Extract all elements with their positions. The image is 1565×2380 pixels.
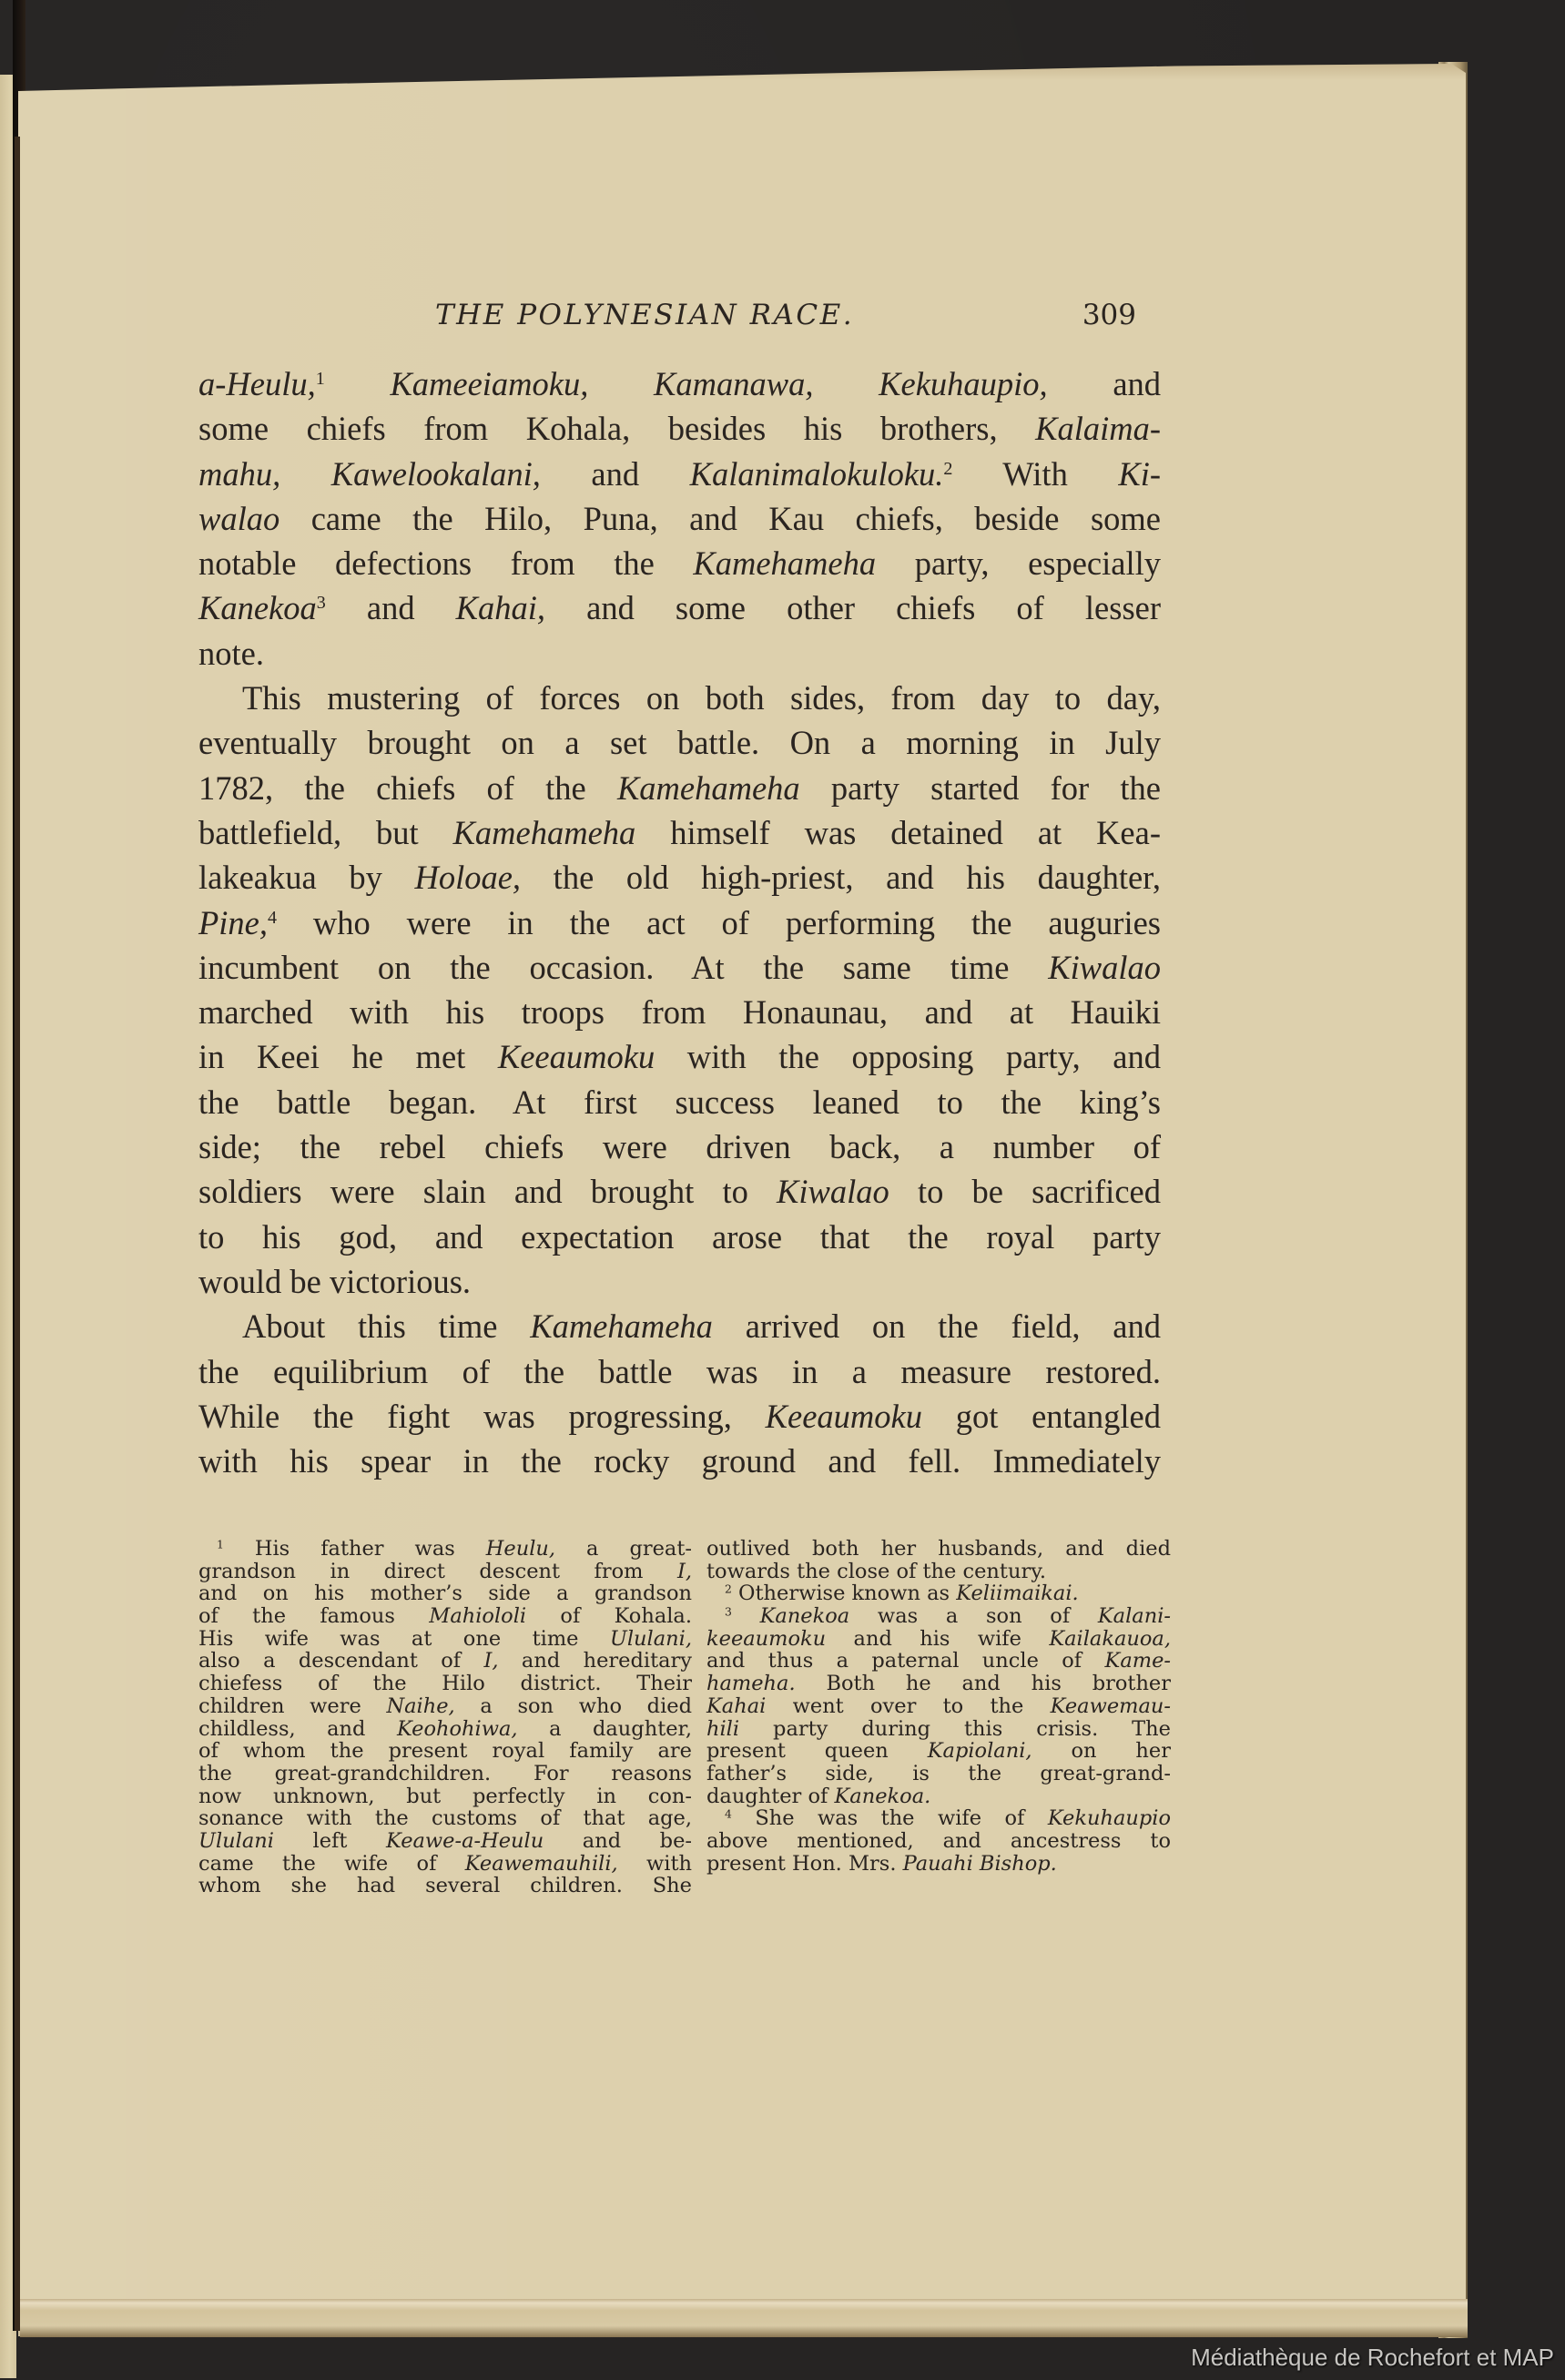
text-line: marched with his troops from Honaunau, a… [198,990,1161,1034]
page-number: 309 [1082,299,1136,331]
footnote-line: keeaumoku and his wife Kailakauoa, [706,1628,1171,1651]
page-bottom-edge [20,2299,1468,2337]
footnote-line: sonance with the customs of that age, [198,1807,692,1830]
footnote-line: 1 His father was Heulu, a great- [198,1538,692,1561]
page-header: THE POLYNESIAN RACE. 309 [435,299,1154,339]
footnote-line: the great-grandchildren. For reasons [198,1763,692,1785]
footnote-line: also a descendant of I, and hereditary [198,1650,692,1673]
text-line: notable defections from the Kamehameha p… [198,541,1161,585]
footnote-line: childless, and Keohohiwa, a daughter, [198,1718,692,1741]
text-line: in Keei he met Keeaumoku with the opposi… [198,1034,1161,1079]
text-line: to his god, and expectation arose that t… [198,1215,1161,1259]
footnote-line: above mentioned, and ancestress to [706,1830,1171,1853]
footnote-line: 2 Otherwise known as Keliimaikai. [706,1582,1171,1605]
footnote-line: children were Naihe, a son who died [198,1695,692,1718]
footnote-line: now unknown, but perfectly in con- [198,1785,692,1808]
gutter-line [15,137,20,2331]
footnote-line: hameha. Both he and his brother [706,1673,1171,1695]
text-line: lakeakua by Holoae, the old high-priest,… [198,855,1161,900]
footnote-line: came the wife of Keawemauhili, with [198,1853,692,1876]
footnote-line: His wife was at one time Ululani, [198,1628,692,1651]
text-line: Kanekoa3 and Kahai, and some other chief… [198,585,1161,630]
footnote-line: of the famous Mahiololi of Kohala. [198,1605,692,1628]
text-line: battlefield, but Kamehameha himself was … [198,810,1161,855]
footnote-line: outlived both her husbands, and died [706,1538,1171,1561]
text-line: the equilibrium of the battle was in a m… [198,1349,1161,1394]
footnote-line: grandson in direct descent from I, [198,1561,692,1583]
text-line: Pine,4 who were in the act of performing… [198,900,1161,945]
footnote-line: towards the close of the century. [706,1561,1171,1583]
text-line: This mustering of forces on both sides, … [198,676,1161,720]
footnote-line: present Hon. Mrs. Pauahi Bishop. [706,1853,1171,1876]
running-head: THE POLYNESIAN RACE. [435,299,854,331]
text-line: 1782, the chiefs of the Kamehameha party… [198,766,1161,810]
footnote-line: present queen Kapiolani, on her [706,1740,1171,1763]
text-line: incumbent on the occasion. At the same t… [198,945,1161,990]
text-line: some chiefs from Kohala, besides his bro… [198,406,1161,451]
footnote-line: Ululani left Keawe-a-Heulu and be- [198,1830,692,1853]
footnote-line: and thus a paternal uncle of Kame- [706,1650,1171,1673]
footnote-line: and on his mother’s side a grandson [198,1582,692,1605]
main-text-block: a-Heulu,1 Kameeiamoku, Kamanawa, Kekuhau… [198,361,1161,1483]
text-line: the battle began. At first success leane… [198,1080,1161,1124]
footnote-line: daughter of Kanekoa. [706,1785,1171,1808]
text-line: mahu, Kawelookalani, and Kalanimalokulok… [198,452,1161,496]
text-line: note. [198,631,1161,676]
footnotes-right-column: outlived both her husbands, and diedtowa… [706,1538,1171,1875]
footnote-line: of whom the present royal family are [198,1740,692,1763]
footnote-line: 3 Kanekoa was a son of Kalani- [706,1605,1171,1628]
footnote-line: 4 She was the wife of Kekuhaupio [706,1807,1171,1830]
footnote-line: hili party during this crisis. The [706,1718,1171,1741]
text-line: a-Heulu,1 Kameeiamoku, Kamanawa, Kekuhau… [198,361,1161,406]
text-line: While the fight was progressing, Keeaumo… [198,1394,1161,1439]
footnote-line: chiefess of the Hilo district. Their [198,1673,692,1695]
text-line: walao came the Hilo, Puna, and Kau chief… [198,496,1161,541]
footnote-line: Kahai went over to the Keawemau- [706,1695,1171,1718]
text-line: eventually brought on a set battle. On a… [198,720,1161,765]
footnote-line: father’s side, is the great-grand- [706,1763,1171,1785]
text-line: side; the rebel chiefs were driven back,… [198,1124,1161,1169]
text-line: soldiers were slain and brought to Kiwal… [198,1169,1161,1214]
text-line: About this time Kamehameha arrived on th… [198,1304,1161,1348]
text-line: would be victorious. [198,1259,1161,1304]
footnotes-left-column: 1 His father was Heulu, a great-grandson… [198,1538,692,1897]
footnote-line: whom she had several children. She [198,1875,692,1897]
library-watermark: Médiathèque de Rochefort et MAP [1191,2344,1554,2372]
text-line: with his spear in the rocky ground and f… [198,1439,1161,1483]
